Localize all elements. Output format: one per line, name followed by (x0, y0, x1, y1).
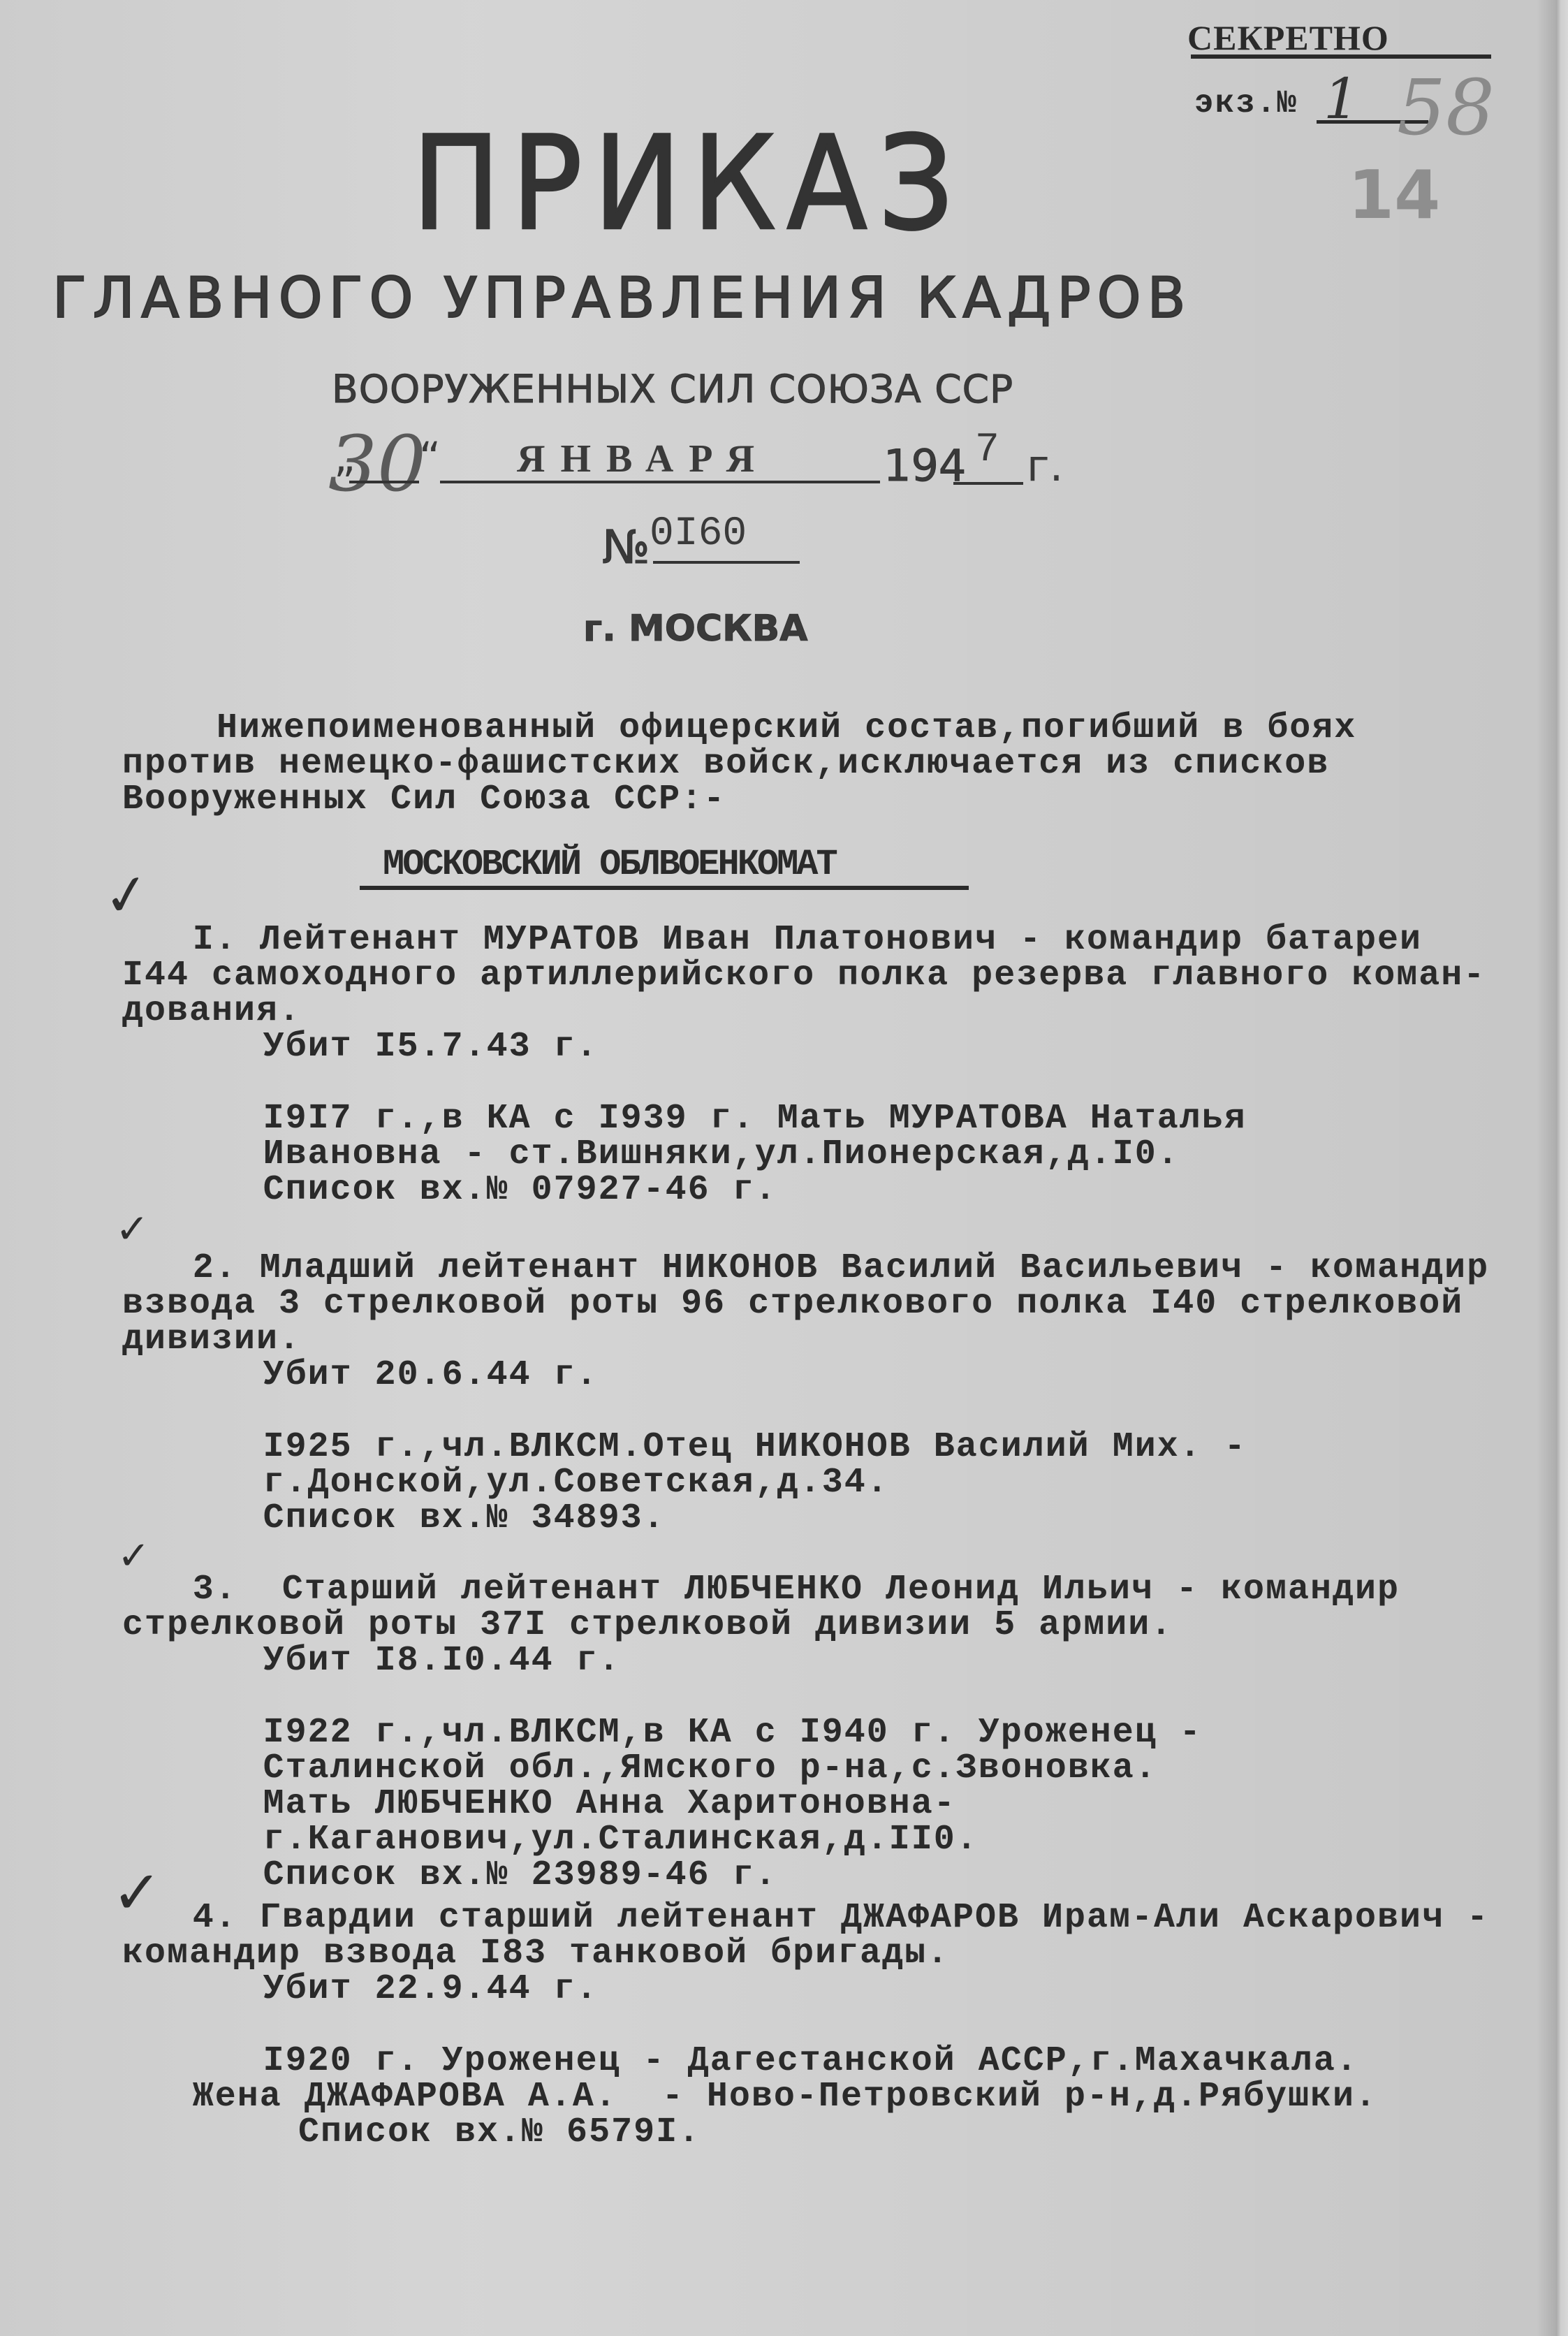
entry-line: Список вх.№ 23989-46 г. (263, 1857, 777, 1894)
intro-line: Нижепоименованный офицерский состав,поги… (217, 710, 1356, 747)
entry-line: I44 самоходного артиллерийского полка ре… (122, 958, 1486, 994)
order-number-value: 0I60 (650, 511, 747, 557)
issuing-city: г. МОСКВА (583, 608, 808, 650)
entry-line: Убит 22.9.44 г. (263, 1971, 599, 2008)
copy-reference-handwritten: 58 (1397, 63, 1495, 152)
date-day-handwritten: 30 (328, 419, 426, 509)
date-year-underline (953, 482, 1023, 485)
entry-line: стрелковой роты 37I стрелковой дивизии 5… (122, 1607, 1173, 1644)
check-icon: ✓ (112, 1858, 162, 1928)
date-month: ЯНВАРЯ (517, 437, 770, 481)
entry-line: Убит I5.7.43 г. (263, 1029, 599, 1065)
entry-line: Список вх.№ 07927-46 г. (263, 1172, 777, 1209)
entry-line: Ивановна - ст.Вишняки,ул.Пионерская,д.I0… (263, 1137, 1180, 1173)
entry-line: Жена ДЖАФАРОВА А.А. - Ново-Петровский р-… (193, 2079, 1377, 2115)
copy-number-handwritten: 1 (1324, 66, 1359, 131)
entry-line: Список вх.№ 34893. (263, 1501, 666, 1537)
check-icon: ✓ (117, 1533, 150, 1579)
date-year-digit: 7 (975, 428, 999, 473)
entry-line: дования. (122, 993, 301, 1030)
entry-line: Убит 20.6.44 г. (263, 1357, 599, 1394)
entry-line: Список вх.№ 6579I. (298, 2115, 701, 2151)
date-day-underline (349, 481, 419, 483)
entry-line: I. Лейтенант МУРАТОВ Иван Платонович - к… (193, 922, 1422, 958)
document-title: ПРИКАЗ (412, 108, 965, 259)
entry-line: 3. Старший лейтенант ЛЮБЧЕНКО Леонид Иль… (193, 1572, 1400, 1608)
check-icon: ✓ (115, 1205, 149, 1253)
entry-line: I9I7 г.,в КА с I939 г. Мать МУРАТОВА Нат… (263, 1101, 1247, 1137)
date-year-suffix: г. (1027, 440, 1063, 491)
issuing-authority: ГЛАВНОГО УПРАВЛЕНИЯ КАДРОВ (52, 265, 1192, 330)
document-page: СЕКРЕТНО экз.№ 1 58 14 ПРИКАЗ ГЛАВНОГО У… (0, 0, 1568, 2336)
entry-line: Сталинской обл.,Ямского р-на,с.Звоновка. (263, 1751, 1157, 1787)
entry-line: 2. Младший лейтенант НИКОНОВ Василий Вас… (193, 1250, 1489, 1287)
copy-number-label: экз.№ (1194, 85, 1298, 122)
entry-line: взвода 3 стрелковой роты 96 стрелкового … (122, 1286, 1463, 1322)
entry-line: командир взвода I83 танковой бригады. (122, 1936, 949, 1972)
entry-line: 4. Гвардии старший лейтенант ДЖАФАРОВ Ир… (193, 1900, 1489, 1936)
entry-line: г.Каганович,ул.Сталинская,д.II0. (263, 1822, 979, 1858)
classification-underline (1191, 54, 1491, 59)
page-number-stamp: 14 (1348, 157, 1440, 234)
entry-line: г.Донской,ул.Советская,д.34. (263, 1465, 889, 1501)
entry-line: I922 г.,чл.ВЛКСМ,в КА с I940 г. Уроженец… (263, 1715, 1202, 1751)
check-icon: ✓ (99, 860, 154, 930)
intro-line: Вооруженных Сил Союза ССР:- (122, 782, 726, 818)
order-number-underline (653, 561, 800, 564)
section-heading-underline (360, 886, 969, 890)
entry-line: I920 г. Уроженец - Дагестанской АССР,г.М… (263, 2043, 1358, 2080)
intro-line: против немецко-фашистских войск,исключае… (122, 746, 1329, 782)
order-number-label: № (602, 520, 650, 574)
classification-label: СЕКРЕТНО (1187, 20, 1389, 56)
entry-line: дивизии. (122, 1322, 301, 1358)
page-edge-shadow (1556, 0, 1568, 2336)
section-heading: МОСКОВСКИЙ ОБЛВОЕНКОМАТ (383, 847, 836, 883)
date-close-quote: “ (419, 433, 441, 482)
issuing-authority-sub: ВООРУЖЕННЫХ СИЛ СОЮЗА ССР (332, 367, 1013, 411)
entry-line: I925 г.,чл.ВЛКСМ.Отец НИКОНОВ Василий Ми… (263, 1429, 1247, 1466)
entry-line: Мать ЛЮБЧЕНКО Анна Харитоновна- (263, 1786, 956, 1823)
entry-line: Убит I8.I0.44 г. (263, 1643, 621, 1679)
